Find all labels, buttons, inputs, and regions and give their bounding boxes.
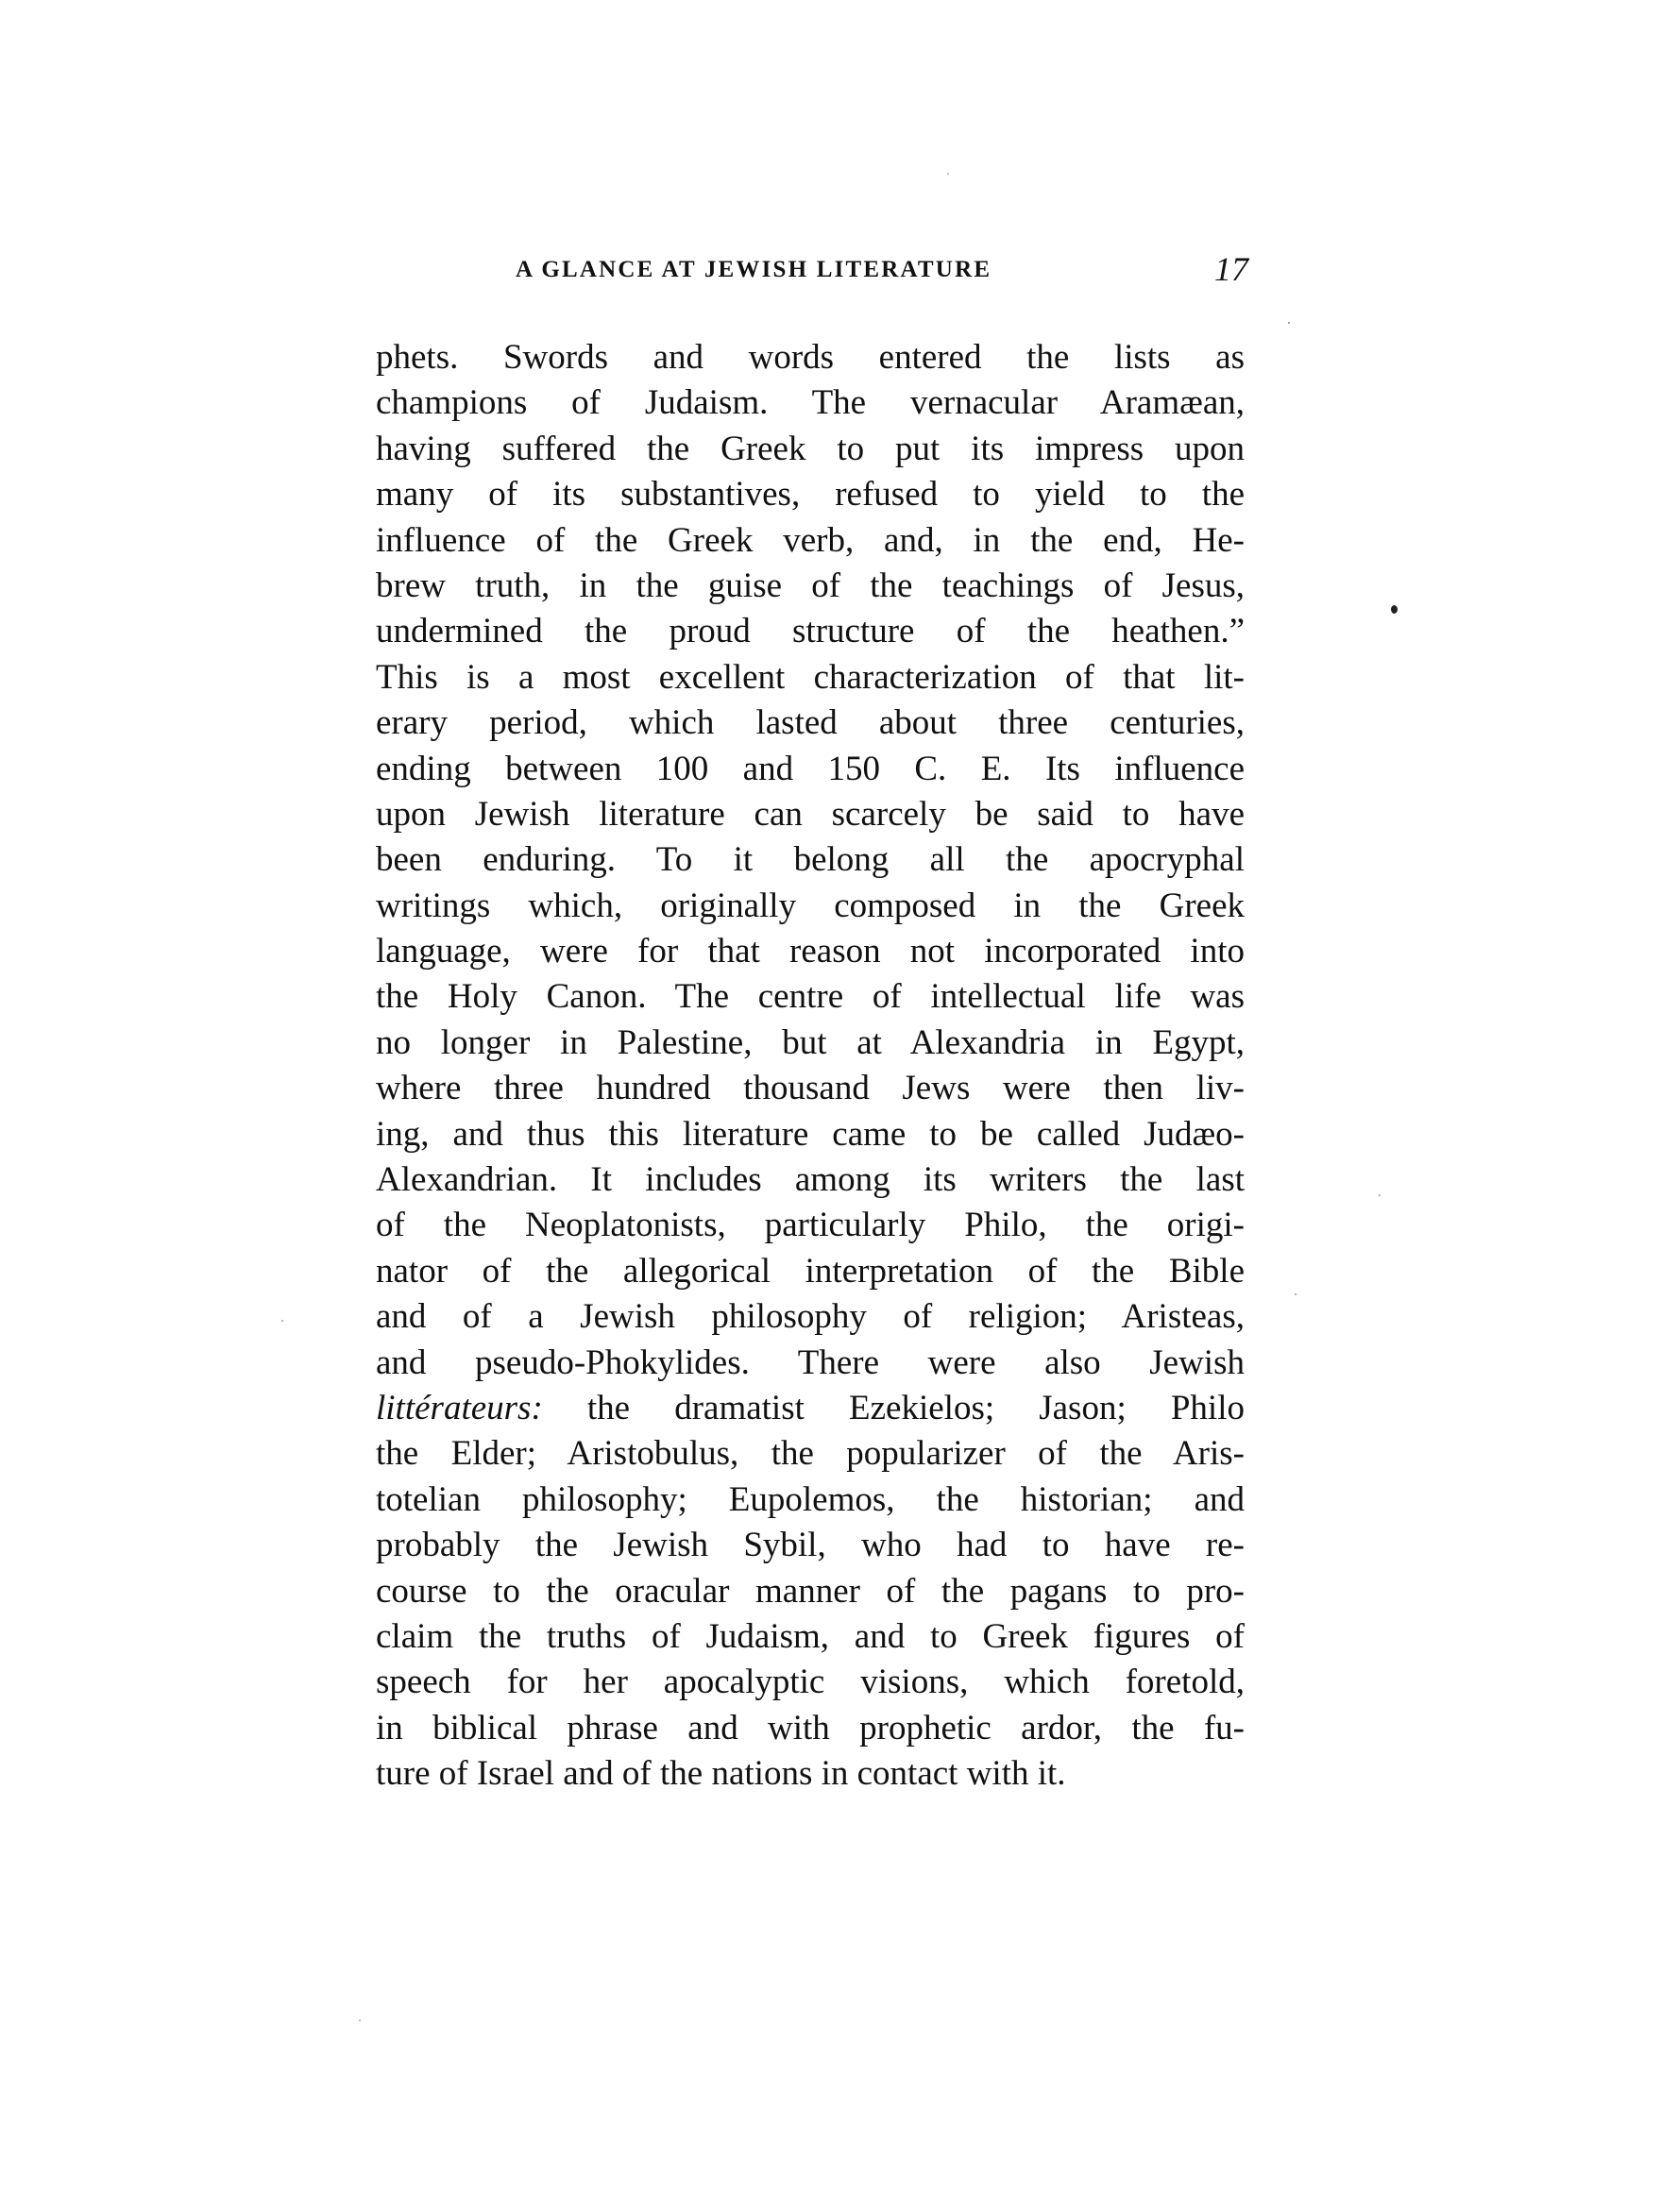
text-line: the Elder; Aristobulus, the popularizer … — [376, 1431, 1245, 1477]
text-line: upon Jewish literature can scarcely be s… — [376, 792, 1245, 837]
text-line-with-italic: littérateurs: the dramatist Ezekielos; J… — [376, 1386, 1245, 1431]
text-line: no longer in Palestine, but at Alexandri… — [376, 1021, 1245, 1066]
text-line: Alexandrian. It includes among its write… — [376, 1157, 1245, 1203]
text-line: been enduring. To it belong all the apoc… — [376, 837, 1245, 883]
text-line: course to the oracular manner of the pag… — [376, 1569, 1245, 1614]
page-number: 17 — [1214, 249, 1248, 289]
text-line: probably the Jewish Sybil, who had to ha… — [376, 1523, 1245, 1568]
scan-speck — [1288, 322, 1290, 324]
text-line: speech for her apocalyptic visions, whic… — [376, 1660, 1245, 1705]
text-line-remainder: the dramatist Ezekielos; Jason; Philo — [587, 1389, 1245, 1427]
text-line: having suffered the Greek to put its imp… — [376, 427, 1245, 472]
text-line: ending between 100 and 150 C. E. Its inf… — [376, 747, 1245, 792]
text-line: of the Neoplatonists, particularly Philo… — [376, 1203, 1245, 1248]
scan-speck — [281, 1320, 283, 1322]
text-line: where three hundred thousand Jews were t… — [376, 1066, 1245, 1111]
text-line: phets. Swords and words entered the list… — [376, 335, 1245, 380]
text-line: and of a Jewish philosophy of religion; … — [376, 1294, 1245, 1340]
text-line: totelian philosophy; Eupolemos, the hist… — [376, 1477, 1245, 1523]
running-head-title: A GLANCE AT JEWISH LITERATURE — [516, 257, 992, 283]
text-line: nator of the allegorical interpretation … — [376, 1249, 1245, 1294]
scan-speck — [947, 173, 949, 175]
body-text: phets. Swords and words entered the list… — [376, 335, 1245, 1798]
text-line: the Holy Canon. The centre of intellectu… — [376, 974, 1245, 1020]
text-line: claim the truths of Judaism, and to Gree… — [376, 1614, 1245, 1660]
scan-speck — [359, 2019, 361, 2021]
text-line: writings which, originally composed in t… — [376, 884, 1245, 929]
text-line: champions of Judaism. The vernacular Ara… — [376, 380, 1245, 426]
italic-term: littérateurs: — [376, 1389, 543, 1427]
running-head: A GLANCE AT JEWISH LITERATURE 17 — [376, 253, 1245, 291]
text-line: This is a most excellent characterizatio… — [376, 655, 1245, 701]
text-line: language, were for that reason not incor… — [376, 929, 1245, 974]
scan-speck — [1391, 605, 1398, 614]
text-line: in biblical phrase and with prophetic ar… — [376, 1706, 1245, 1751]
text-line: brew truth, in the guise of the teaching… — [376, 564, 1245, 609]
book-page: A GLANCE AT JEWISH LITERATURE 17 phets. … — [0, 0, 1661, 2212]
scan-speck — [1295, 1293, 1297, 1295]
text-line: ing, and thus this literature came to be… — [376, 1112, 1245, 1157]
text-line: and pseudo-Phokylides. There were also J… — [376, 1341, 1245, 1386]
text-line: erary period, which lasted about three c… — [376, 701, 1245, 746]
text-line: undermined the proud structure of the he… — [376, 609, 1245, 654]
text-line: many of its substantives, refused to yie… — [376, 472, 1245, 517]
text-line-last: ture of Israel and of the nations in con… — [376, 1751, 1245, 1797]
scan-speck — [1379, 1194, 1381, 1196]
text-line: influence of the Greek verb, and, in the… — [376, 518, 1245, 564]
